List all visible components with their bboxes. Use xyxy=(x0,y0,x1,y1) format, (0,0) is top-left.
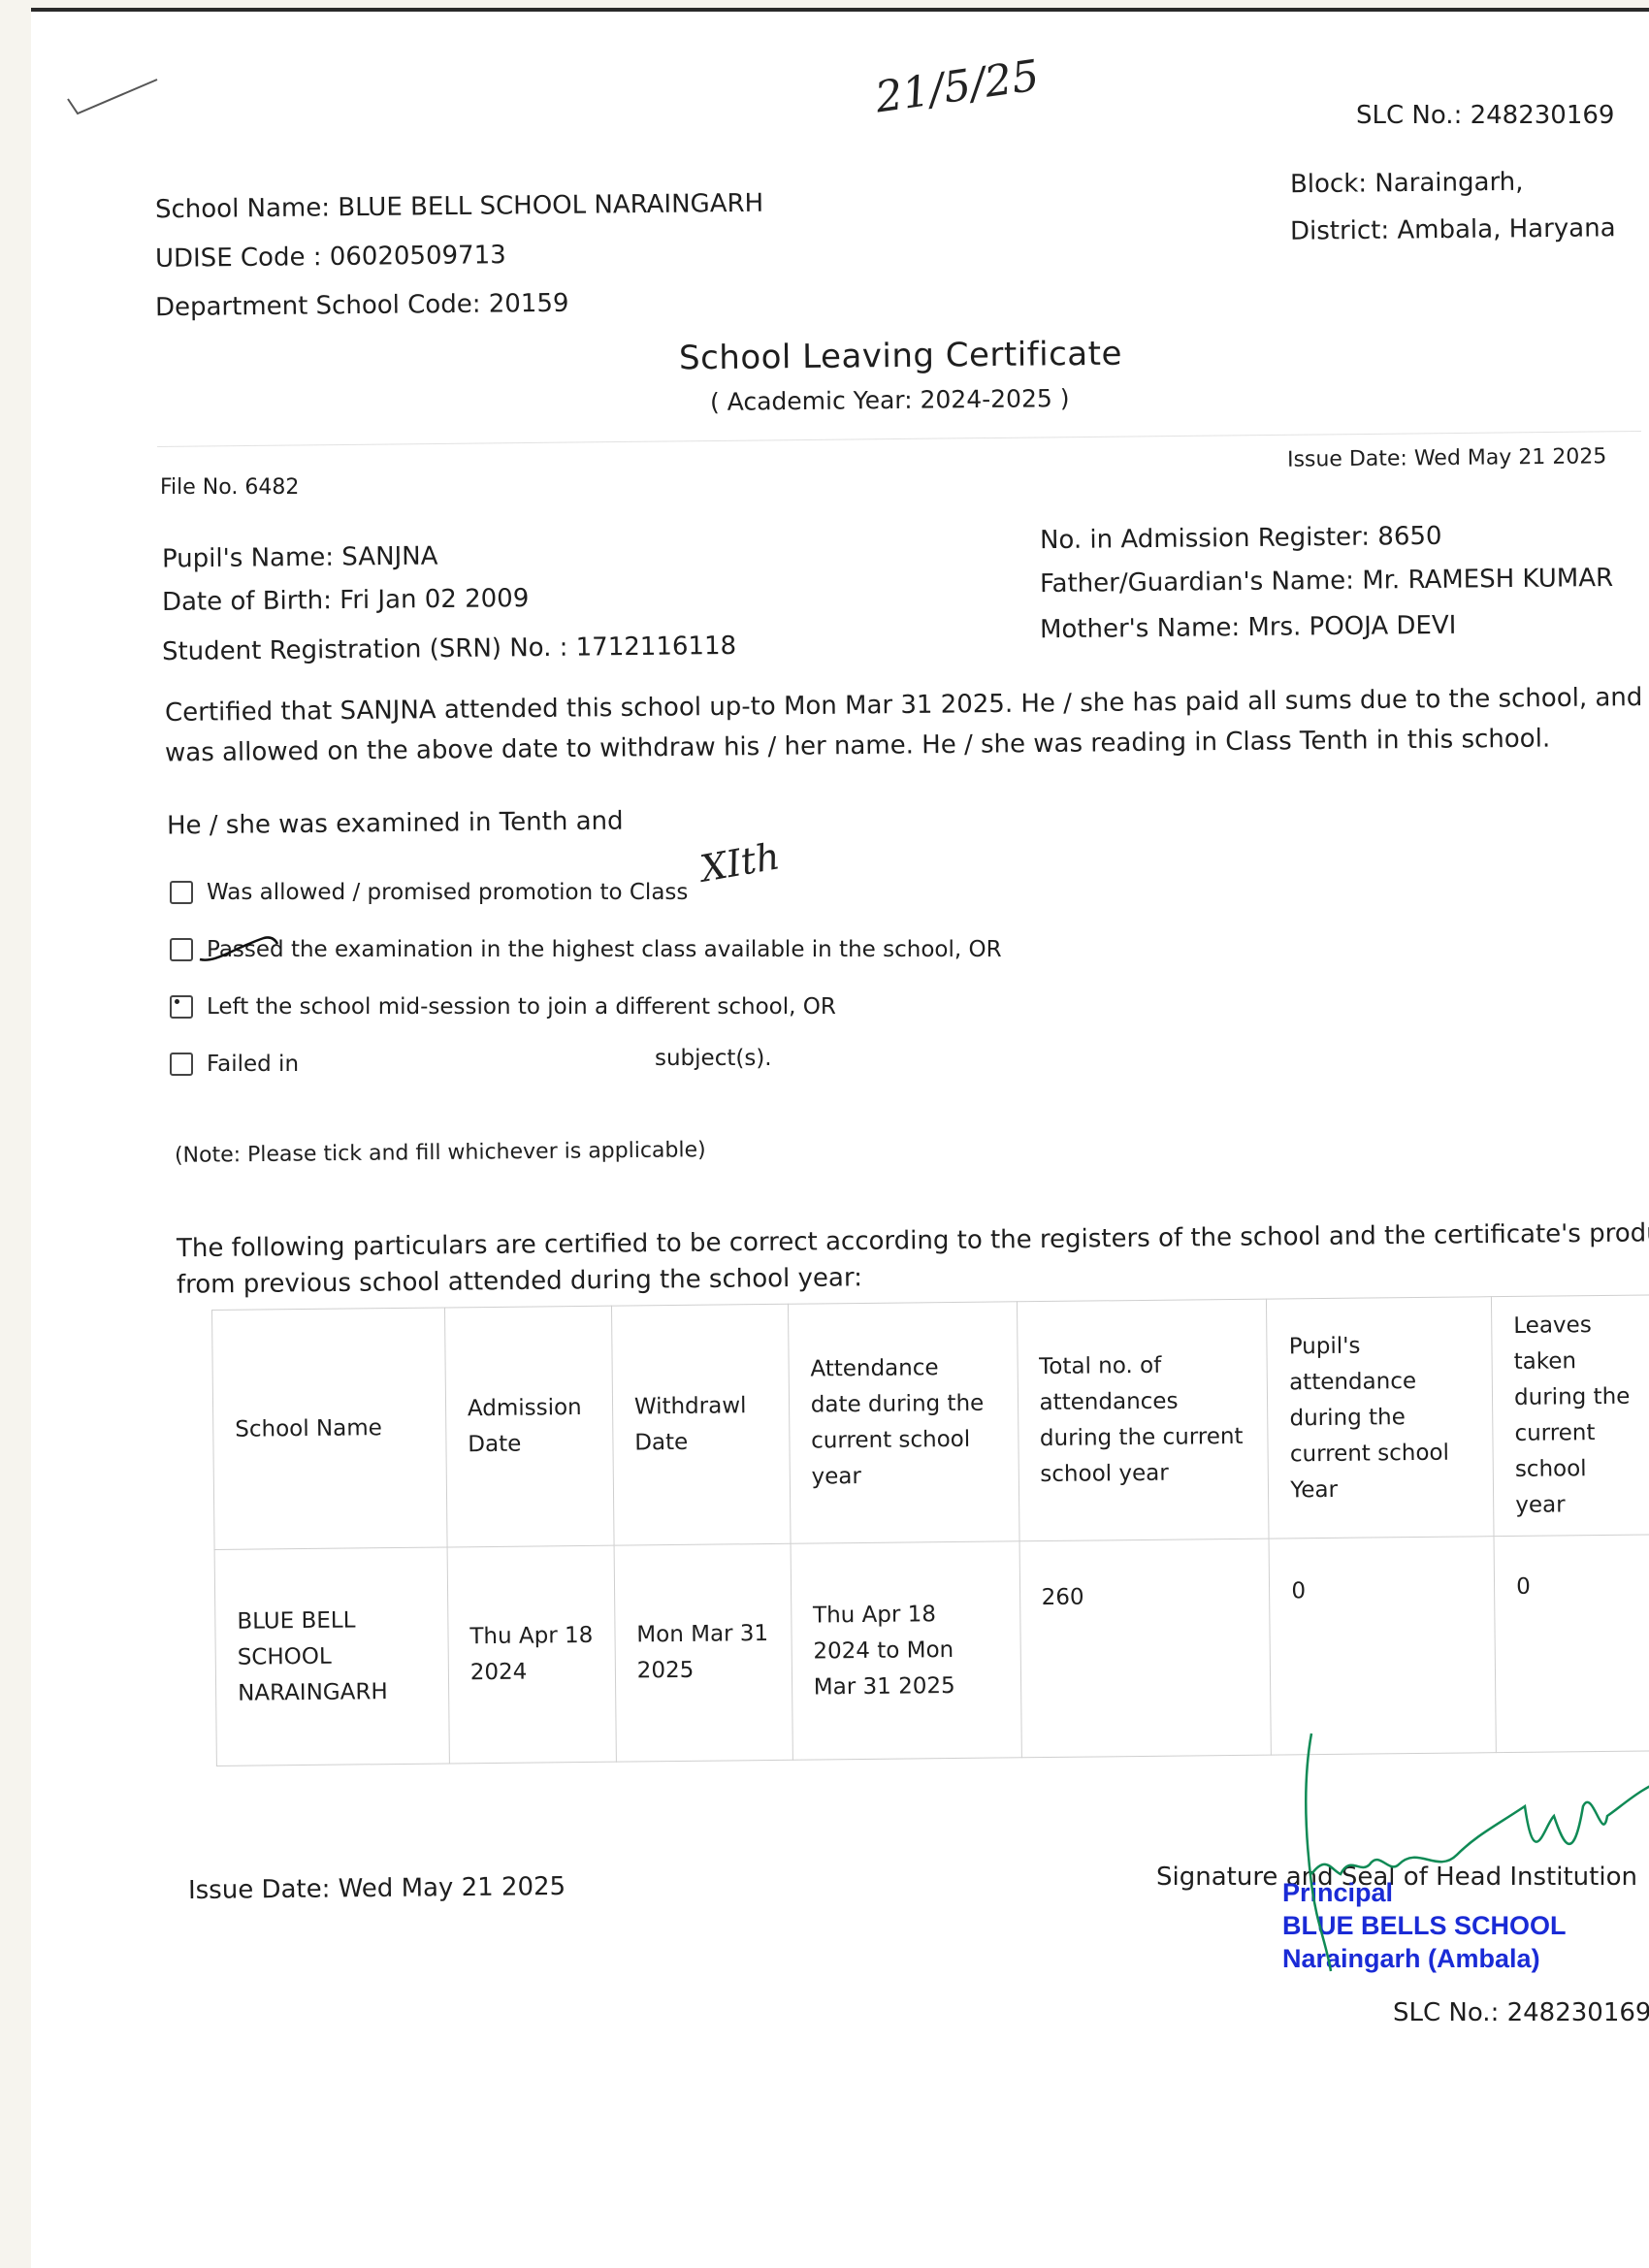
pencil-mark-icon xyxy=(60,70,167,128)
file-number: File No. 6482 xyxy=(160,475,299,500)
failed-subjects-suffix: subject(s). xyxy=(655,1046,772,1071)
issue-date-bottom: Issue Date: Wed May 21 2025 xyxy=(188,1872,566,1905)
issue-date-top: Issue Date: Wed May 21 2025 xyxy=(1287,444,1607,471)
divider xyxy=(157,431,1641,447)
srn-number: Student Registration (SRN) No. : 1712116… xyxy=(162,632,736,666)
cell-total-attendances: 260 xyxy=(1019,1539,1272,1758)
table-header-row: School Name Admission Date Withdrawl Dat… xyxy=(212,1295,1649,1550)
header-attendance-date: Attendance date during the current schoo… xyxy=(788,1302,1018,1543)
option-left-school: Left the school mid-session to join a di… xyxy=(170,994,836,1020)
certificate-title: School Leaving Certificate xyxy=(679,335,1122,378)
slc-number-top: SLC No.: 248230169 xyxy=(1356,101,1614,130)
header-school-name: School Name xyxy=(212,1308,447,1549)
district: District: Ambala, Haryana xyxy=(1290,213,1616,246)
certificate-page: 21/5/25 SLC No.: 248230169 Block: Narain… xyxy=(31,8,1649,2268)
note: (Note: Please tick and fill whichever is… xyxy=(175,1138,706,1168)
checkbox-left-school[interactable] xyxy=(170,995,193,1019)
signature-icon xyxy=(1273,1729,1649,1981)
cell-pupil-attendance: 0 xyxy=(1269,1537,1496,1755)
header-withdrawl-date: Withdrawl Date xyxy=(611,1304,790,1545)
option-passed-label: Passed the examination in the highest cl… xyxy=(207,937,1002,962)
option-promotion-label: Was allowed / promised promotion to Clas… xyxy=(207,880,688,905)
cell-attendance-date: Thu Apr 18 2024 to Mon Mar 31 2025 xyxy=(791,1541,1021,1760)
department-school-code: Department School Code: 20159 xyxy=(155,289,569,322)
date-of-birth: Date of Birth: Fri Jan 02 2009 xyxy=(162,584,530,617)
option-failed-label: Failed in xyxy=(207,1052,299,1077)
header-leaves-taken: Leaves taken during the current school y… xyxy=(1492,1295,1649,1537)
checkbox-failed[interactable] xyxy=(170,1053,193,1076)
header-pupil-attendance: Pupil's attendance during the current sc… xyxy=(1267,1297,1494,1539)
certification-line-2: was allowed on the above date to withdra… xyxy=(165,725,1550,768)
examined-statement: He / she was examined in Tenth and xyxy=(167,807,624,841)
certification-line-1: Certified that SANJNA attended this scho… xyxy=(165,683,1643,728)
option-left-school-label: Left the school mid-session to join a di… xyxy=(207,994,836,1020)
checkbox-passed[interactable] xyxy=(170,938,193,961)
cell-school-name: BLUE BELL SCHOOL NARAINGARH xyxy=(214,1547,449,1766)
particulars-intro-line-2: from previous school attended during the… xyxy=(177,1263,862,1299)
mother-name: Mother's Name: Mrs. POOJA DEVI xyxy=(1040,611,1457,644)
handwritten-date: 21/5/25 xyxy=(872,50,1042,122)
option-promotion: Was allowed / promised promotion to Clas… xyxy=(170,880,688,905)
father-name: Father/Guardian's Name: Mr. RAMESH KUMAR xyxy=(1040,564,1613,599)
cell-withdrawl-date: Mon Mar 31 2025 xyxy=(614,1543,792,1762)
cell-leaves-taken: 0 xyxy=(1494,1535,1649,1753)
tick-mark-icon xyxy=(196,928,293,967)
particulars-intro-line-1: The following particulars are certified … xyxy=(177,1218,1649,1264)
school-name: School Name: BLUE BELL SCHOOL NARAINGARH xyxy=(155,189,763,225)
udise-code: UDISE Code : 06020509713 xyxy=(155,241,506,274)
header-admission-date: Admission Date xyxy=(444,1306,614,1547)
block: Block: Naraingarh, xyxy=(1290,168,1524,200)
particulars-table: School Name Admission Date Withdrawl Dat… xyxy=(211,1294,1649,1766)
option-failed: Failed in xyxy=(170,1052,299,1077)
header-total-attendances: Total no. of attendances during the curr… xyxy=(1017,1299,1269,1541)
handwritten-class: XIth xyxy=(697,834,783,891)
admission-register-number: No. in Admission Register: 8650 xyxy=(1040,522,1442,555)
checkbox-promotion[interactable] xyxy=(170,881,193,904)
academic-year: ( Academic Year: 2024-2025 ) xyxy=(710,384,1070,416)
slc-number-bottom: SLC No.: 248230169 xyxy=(1393,1998,1649,2027)
cell-admission-date: Thu Apr 18 2024 xyxy=(447,1545,616,1764)
option-passed: Passed the examination in the highest cl… xyxy=(170,937,1002,962)
pupil-name: Pupil's Name: SANJNA xyxy=(162,542,438,574)
